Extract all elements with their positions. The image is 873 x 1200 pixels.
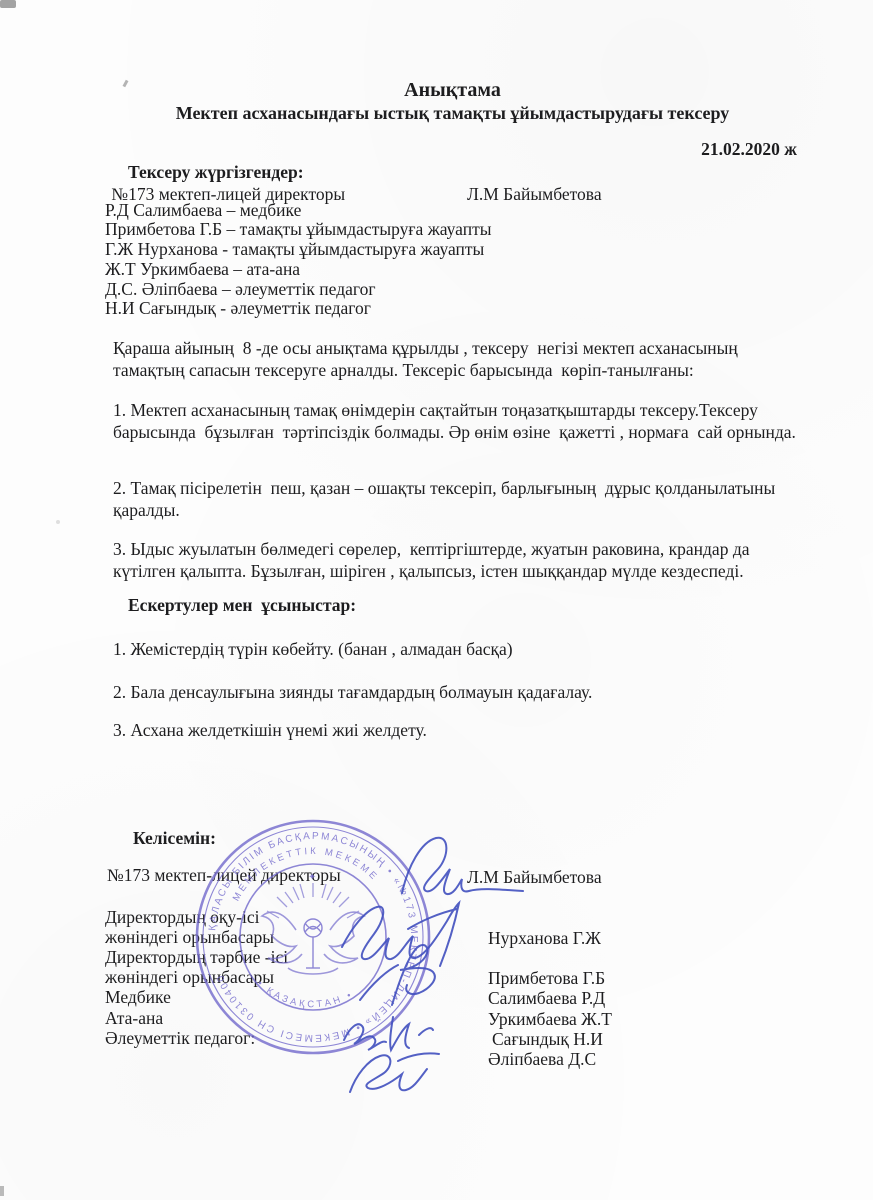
stamp-emblem-shanyrak-icon	[304, 919, 322, 968]
inspector-line: Н.И Сағындық - әлеуметтік педагог	[105, 299, 371, 319]
agreement-name: Уркимбаева Ж.Т	[488, 1008, 612, 1030]
agreement-role: Директордың тәрбие -ісі	[105, 946, 288, 968]
remark-1: 1. Жемістердің түрін көбейту. (банан , а…	[113, 638, 813, 660]
finding-2: 2. Тамақ пісірелетін пеш, қазан – ошақты…	[113, 477, 813, 521]
agreement-name: Нурханова Г.Ж	[488, 927, 601, 949]
document-title: Анықтама	[105, 79, 800, 101]
signature-alipbaeva-ink	[350, 1053, 439, 1092]
finding-1: 1. Мектеп асханасының тамақ өнімдерін са…	[113, 399, 813, 443]
finding-3: 3. Ыдыс жуылатын бөлмедегі сөрелер, кепт…	[113, 538, 813, 582]
document-date: 21.02.2020 ж	[600, 138, 797, 160]
inspector-line: Д.С. Әліпбаева – әлеуметтік педагог	[105, 280, 376, 300]
agreement-role: Ата-ана	[105, 1007, 163, 1029]
inspector-line: Г.Ж Нурханова - тамақты ұйымдастыруға жа…	[105, 240, 484, 260]
agreement-role: Директордың оқу-ісі	[105, 906, 260, 928]
intro-paragraph: Қараша айының 8 -де осы анықтама құрылды…	[113, 337, 807, 381]
scan-artifact	[0, 1186, 4, 1196]
document-subtitle: Мектеп асханасындағы ыстық тамақты ұйымд…	[105, 102, 800, 124]
signature-nurkhanova-ink	[342, 903, 459, 966]
remark-3: 3. Асхана желдеткішін үнемі жиі желдету.	[113, 719, 813, 741]
agreement-role: Медбике	[105, 986, 171, 1008]
agreement-name: Сағындық Н.И	[492, 1028, 603, 1050]
agreement-role: Әлеуметтік педагог:	[105, 1027, 255, 1049]
inspector-line: Ж.Т Уркимбаева – ата-ана	[105, 260, 300, 280]
inspector-line: Р.Д Салимбаева – медбике	[105, 201, 301, 221]
inspector-line: Примбетова Г.Б – тамақты ұйымдастыруға ж…	[105, 220, 492, 240]
scan-artifact	[0, 0, 16, 8]
agreement-role: №173 мектеп-лицей директоры	[107, 864, 341, 886]
agreement-name: Салимбаева Р.Д	[488, 987, 605, 1009]
inspector-first-name: Л.М Байымбетова	[467, 183, 602, 205]
agreement-role: жөніндегі орынбасары	[105, 966, 274, 988]
signature-primbetova-ink	[360, 945, 435, 1005]
agreement-role: жөніндегі орынбасары	[105, 926, 274, 948]
agreement-heading: Келісемін:	[133, 827, 216, 849]
inspectors-heading: Тексеру жүргізгендер:	[128, 161, 304, 183]
scanned-document-page: Анықтама Мектеп асханасындағы ыстық тама…	[0, 0, 873, 1200]
scan-artifact	[56, 520, 60, 524]
agreement-name: Примбетова Г.Б	[488, 967, 605, 989]
agreement-name: Л.М Байымбетова	[467, 866, 602, 888]
remarks-heading: Ескертулер мен ұсыныстар:	[128, 594, 356, 616]
remark-2: 2. Бала денсаулығына зиянды тағамдардың …	[113, 681, 813, 703]
agreement-name: Әліпбаева Д.С	[488, 1048, 596, 1070]
signature-sagyndyk-ink	[344, 1017, 433, 1050]
stamp-emblem-sun-rays-icon	[267, 883, 359, 918]
